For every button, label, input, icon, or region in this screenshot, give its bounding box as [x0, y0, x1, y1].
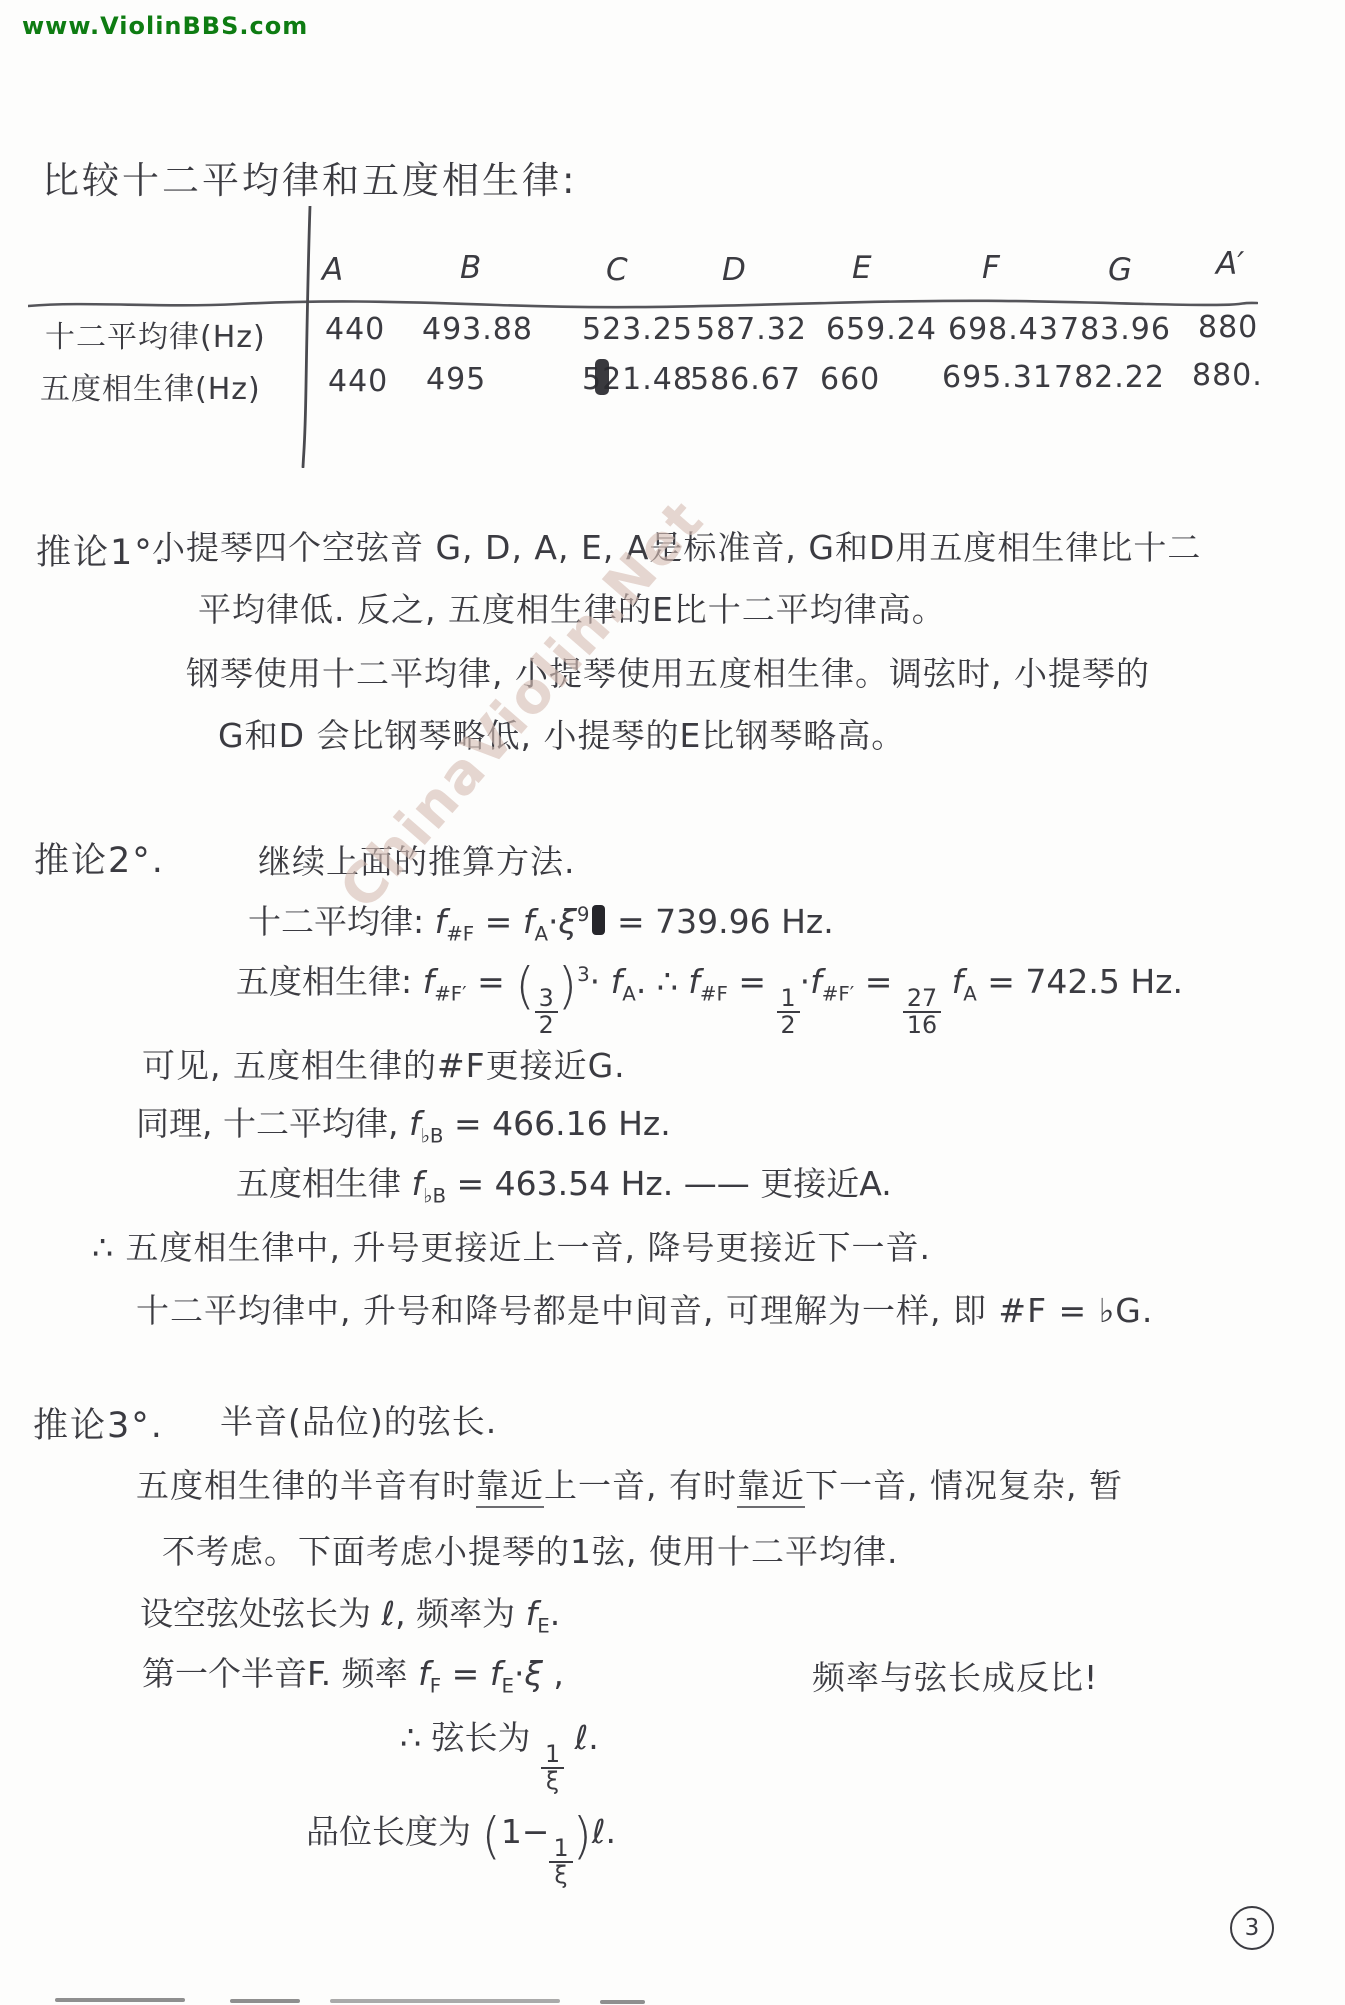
col-header-a1: A′ [1216, 246, 1244, 282]
section-label: 推论2°. [34, 833, 165, 883]
text-line: G和D 会比钢琴略低, 小提琴的E比钢琴略高。 [218, 710, 905, 757]
scan-artifact [230, 1999, 300, 2003]
text-line: ∴ 五度相生律中, 升号更接近上一音, 降号更接近下一音. [92, 1222, 931, 1269]
col-header-a: A [322, 252, 343, 288]
table-cell: 698.43 [948, 312, 1059, 347]
row-label: 十二平均律(Hz) [45, 312, 266, 356]
col-header-d: D [722, 252, 746, 288]
formula-first-semitone: 第一个半音F. 频率 fF = fE·ξ , [142, 1648, 564, 1698]
scan-artifact [330, 1999, 560, 2003]
table-cell: 586.67 [690, 362, 801, 397]
table-cell: 880. [1192, 358, 1263, 393]
text-line: 不考虑。下面考虑小提琴的1弦, 使用十二平均律. [162, 1526, 898, 1573]
col-header-e: E [852, 250, 872, 286]
table-cell: 493.88 [422, 312, 533, 347]
ink-blot [595, 359, 609, 395]
formula-equal-temperament-fsharp: 十二平均律: f#F = fA·ξ9 = 739.96 Hz. [248, 896, 834, 946]
table-rule-horizontal [28, 296, 1258, 312]
table-cell: 660 [820, 362, 880, 397]
table-cell: 880 [1198, 310, 1258, 345]
table-cell: 782.22 [1054, 360, 1165, 395]
table-rule-vertical [298, 206, 316, 468]
table-cell: 495 [426, 362, 486, 397]
text-line: 半音(品位)的弦长. [220, 1396, 497, 1443]
section-label: 推论3°. [33, 1398, 164, 1448]
formula-pythagorean-fsharp: 五度相生律: f#F′ = (32)3· fA. ∴ f#F = 12·f#F′… [236, 956, 1183, 1038]
page-number-circle: 3 [1230, 1906, 1274, 1950]
formula-pythagorean-bflat: 五度相生律 f♭B = 463.54 Hz. —— 更接近A. [236, 1158, 892, 1208]
text-line: 频率与弦长成反比! [812, 1652, 1098, 1699]
page-number: 3 [1245, 1915, 1260, 1941]
section-label: 推论1°. [36, 525, 167, 575]
formula-open-string: 设空弦处弦长为 ℓ, 频率为 fE. [140, 1588, 560, 1638]
table-cell-corrected: 521.48 [582, 362, 693, 397]
text-line: 十二平均律中, 升号和降号都是中间音, 可理解为一样, 即 #F = ♭G. [136, 1285, 1153, 1332]
table-cell: 659.24 [826, 312, 937, 347]
table-cell: 587.32 [696, 312, 807, 347]
table-cell: 523.25 [582, 312, 693, 347]
formula-equal-temperament-bflat: 同理, 十二平均律, f♭B = 466.16 Hz. [136, 1098, 671, 1148]
formula-string-length: ∴ 弦长为 1ξ ℓ. [400, 1712, 599, 1794]
text-line: 钢琴使用十二平均律, 小提琴使用五度相生律。调弦时, 小提琴的 [186, 648, 1150, 695]
page-title: 比较十二平均律和五度相生律: [42, 150, 577, 204]
table-cell: 783.96 [1060, 312, 1171, 347]
col-header-b: B [460, 250, 481, 286]
scan-artifact [55, 1998, 185, 2002]
scanned-notes-page: www.ViolinBBS.com 比较十二平均律和五度相生律: A B C D… [0, 0, 1345, 2005]
table-cell: 440 [325, 312, 385, 347]
site-watermark: www.ViolinBBS.com [22, 12, 308, 40]
col-header-c: C [606, 252, 628, 288]
col-header-f: F [982, 250, 1000, 286]
table-cell: 695.31 [942, 360, 1053, 395]
scan-artifact [600, 2000, 645, 2004]
col-header-g: G [1108, 252, 1132, 288]
ink-blot [592, 905, 605, 935]
text-line: 可见, 五度相生律的#F更接近G. [142, 1040, 626, 1087]
table-cell: 440 [328, 364, 388, 399]
formula-fret-length: 品位长度为 (1−1ξ)ℓ. [306, 1806, 616, 1888]
text-line: 五度相生律的半音有时靠近上一音, 有时靠近下一音, 情况复杂, 暂 [136, 1460, 1123, 1507]
row-label: 五度相生律(Hz) [40, 364, 261, 408]
